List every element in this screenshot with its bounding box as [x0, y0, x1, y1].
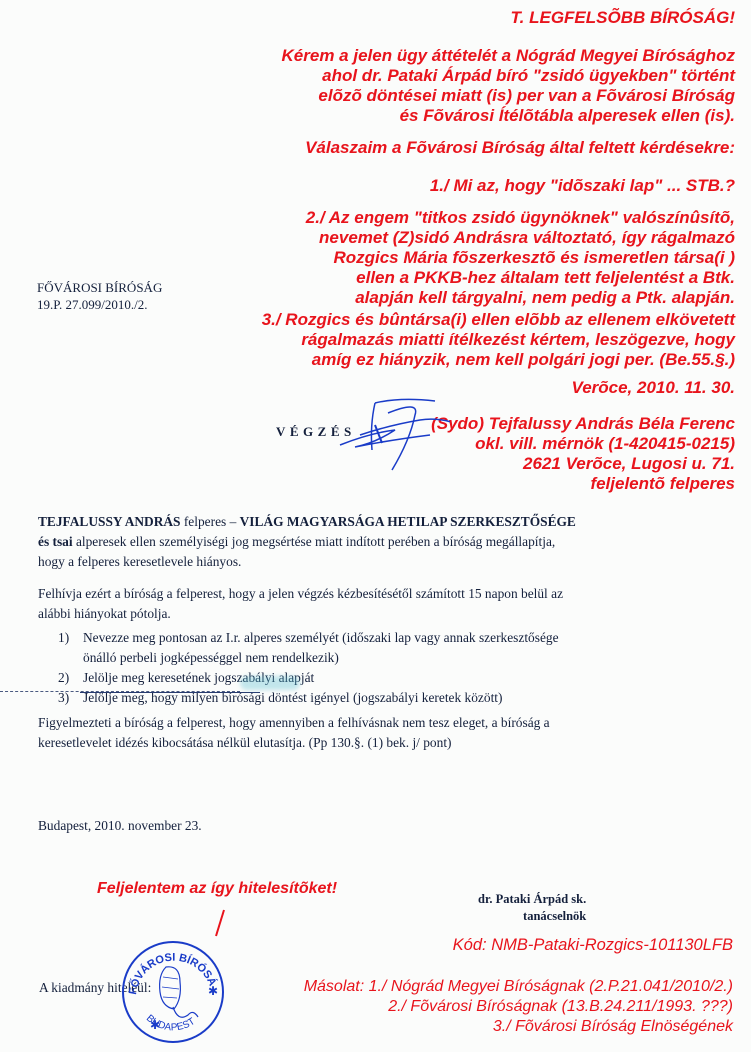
answer-2-line: nevemet (Z)sidó Andrásra változtató, így… [306, 228, 735, 248]
list-text: önálló perbeli jogképességgel nem rendel… [83, 648, 559, 668]
sender-line: (Sydo) Tejfalussy András Béla Ferenc [431, 414, 735, 434]
list-item: 2) Jelölje meg keresetének jogszabályi a… [58, 668, 559, 688]
court-header: FŐVÁROSI BÍRÓSÁG 19.P. 27.099/2010./2. [37, 279, 162, 313]
court-name: FŐVÁROSI BÍRÓSÁG [37, 279, 162, 296]
court-stamp: FŐVÁROSI BÍRÓSÁG BUDAPEST ✱ ✱ [118, 937, 228, 1047]
star-icon: ✱ [150, 1018, 160, 1032]
judge-title: tanácselnök [478, 908, 586, 925]
answer-2-line: 2./ Az engem "titkos zsidó ügynöknek" va… [306, 208, 735, 228]
deficiency-list: 1) Nevezze meg pontosan az I.r. alperes … [58, 628, 559, 708]
star-icon: ✱ [208, 984, 218, 998]
pointer-line [214, 908, 226, 938]
copy-recipient: 3./ Fõvárosi Bíróság Elnöségének [304, 1017, 733, 1037]
defendant-name: VILÁG MAGYARSÁGA HETILAP SZERKESZTŐSÉGE [240, 514, 576, 529]
transfer-request: Kérem a jelen ügy áttételét a Nógrád Meg… [282, 46, 735, 126]
plaintiff-name: TEJFALUSSY ANDRÁS [38, 514, 181, 529]
warning-paragraph: Figyelmezteti a bíróság a felperest, hog… [38, 713, 550, 753]
request-line: Kérem a jelen ügy áttételét a Nógrád Meg… [282, 46, 735, 66]
place-date: Verõce, 2010. 11. 30. [571, 378, 735, 398]
list-number: 1) [58, 628, 83, 668]
answer-2-line: alapján kell tárgyalni, nem pedig a Ptk.… [306, 288, 735, 308]
answer-2-line: Rozgics Mária fõszerkesztõ és ismeretlen… [306, 248, 735, 268]
answer-3-line: amíg ez hiányzik, nem kell polgári jogi … [262, 350, 735, 370]
request-line: ahol dr. Pataki Árpád bíró "zsidó ügyekb… [282, 66, 735, 86]
answer-1: 1./ Mi az, hogy "idõszaki lap" ... STB.? [430, 176, 735, 196]
defendants-others: és tsai [38, 534, 73, 549]
judge-signature: dr. Pataki Árpád sk. tanácselnök [478, 891, 586, 925]
findings-conclusion: hogy a felperes keresetlevele hiányos. [38, 552, 576, 572]
warning-line: keresetlevelet idézés kibocsátása nélkül… [38, 733, 550, 753]
strikethrough-mark [80, 692, 260, 693]
warning-line: Figyelmezteti a bíróság a felperest, hog… [38, 713, 550, 733]
answer-2: 2./ Az engem "titkos zsidó ügynöknek" va… [306, 208, 735, 308]
request-line: és Fõvárosi Ítélõtábla alperesek ellen (… [282, 106, 735, 126]
copies-list: Másolat: 1./ Nógrád Megyei Bíróságnak (2… [304, 977, 733, 1037]
request-line: Felhívja ezért a bíróság a felperest, ho… [38, 584, 563, 604]
request-paragraph: Felhívja ezért a bíróság a felperest, ho… [38, 584, 563, 624]
answer-3-line: rágalmazás miatti ítélkezést kértem, les… [262, 330, 735, 350]
sender-line: feljelentõ felperes [431, 474, 735, 494]
sender-line: 2621 Verõce, Lugosi u. 71. [431, 454, 735, 474]
request-line: elõzõ döntései miatt (is) per van a Fõvá… [282, 86, 735, 106]
findings-paragraph: TEJFALUSSY ANDRÁS felperes – VILÁG MAGYA… [38, 512, 576, 572]
request-line: alábbi hiányokat pótolja. [38, 604, 563, 624]
list-item: 1) Nevezze meg pontosan az I.r. alperes … [58, 628, 559, 668]
copy-recipient: Másolat: 1./ Nógrád Megyei Bíróságnak (2… [304, 977, 733, 997]
issue-date: Budapest, 2010. november 23. [38, 816, 202, 836]
reference-code: Kód: NMB-Pataki-Rozgics-101130LFB [453, 936, 733, 955]
document-type: VÉGZÉS [276, 422, 356, 442]
copy-recipient: 2./ Fõvárosi Bíróságnak (13.B.24.211/199… [304, 997, 733, 1017]
sender-signature-block: (Sydo) Tejfalussy András Béla Ferenc okl… [431, 414, 735, 494]
sender-line: okl. vill. mérnök (1-420415-0215) [431, 434, 735, 454]
findings-text: alperesek ellen személyiségi jog megsért… [73, 534, 556, 549]
salutation: T. LEGFELSÕBB BÍRÓSÁG! [511, 8, 735, 28]
list-number: 2) [58, 668, 83, 688]
answer-3-line: 3./ Rozgics és bûntársa(i) ellen elõbb a… [262, 310, 735, 330]
plaintiff-role: felperes – [181, 514, 240, 529]
case-number: 19.P. 27.099/2010./2. [37, 296, 162, 313]
answer-3: 3./ Rozgics és bûntársa(i) ellen elõbb a… [262, 310, 735, 370]
list-text: Nevezze meg pontosan az I.r. alperes sze… [83, 628, 559, 648]
answer-2-line: ellen a PKKB-hez általam tett feljelenté… [306, 268, 735, 288]
scan-smudge [240, 676, 300, 690]
accusation-note: Feljelentem az így hitelesítõket! [97, 880, 337, 898]
answers-intro: Válaszaim a Fõvárosi Bíróság által felte… [305, 138, 735, 158]
judge-name: dr. Pataki Árpád sk. [478, 891, 586, 908]
